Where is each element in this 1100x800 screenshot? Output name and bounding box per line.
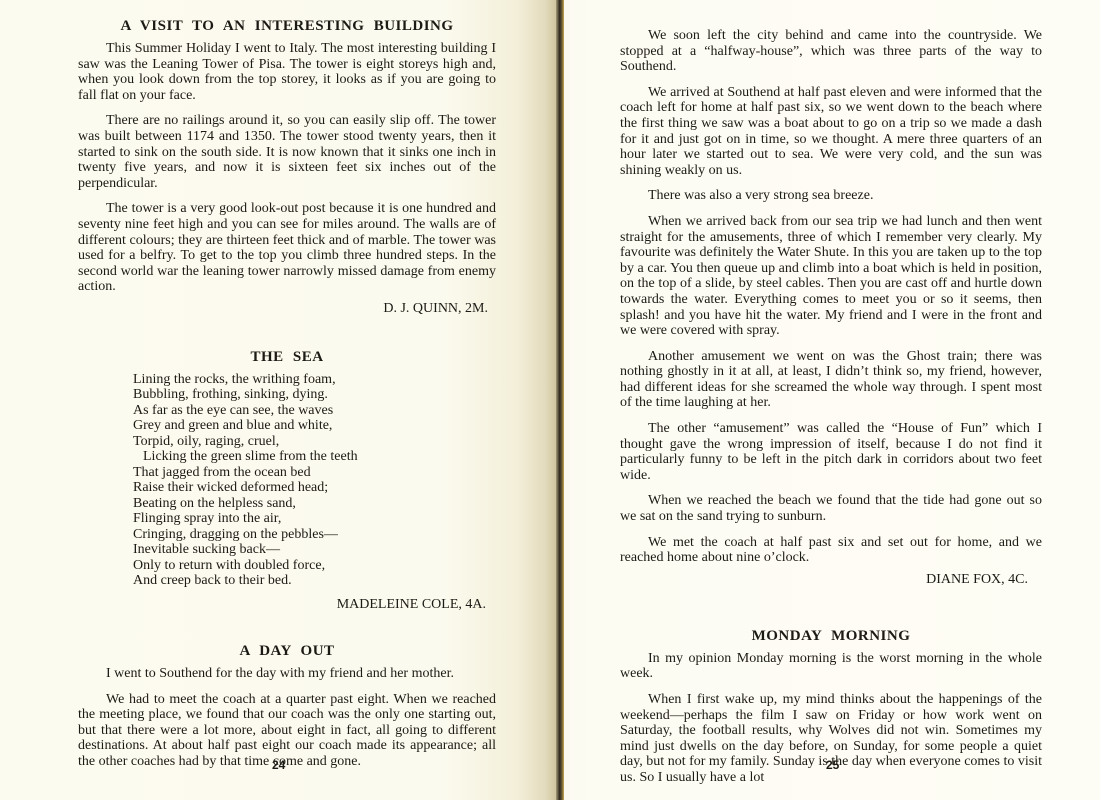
- paragraph: We had to meet the coach at a quarter pa…: [78, 692, 496, 770]
- poem-line: Lining the rocks, the writhing foam,: [133, 372, 496, 388]
- poem-line: Cringing, dragging on the pebbles—: [133, 527, 496, 543]
- paragraph: We met the coach at half past six and se…: [620, 535, 1042, 566]
- paragraph: Another amusement we went on was the Gho…: [620, 349, 1042, 411]
- poem-line: Licking the green slime from the teeth: [133, 449, 496, 465]
- poem-line: Raise their wicked deformed head;: [133, 480, 496, 496]
- right-page: We soon left the city behind and came in…: [564, 0, 1100, 800]
- article-a-day-out: A DAY OUT I went to Southend for the day…: [78, 643, 496, 770]
- poem-line: Grey and green and blue and white,: [133, 418, 496, 434]
- author-signature: DIANE FOX, 4C.: [620, 572, 1042, 588]
- left-page: A VISIT TO AN INTERESTING BUILDING This …: [0, 0, 556, 800]
- poem-line: Torpid, oily, raging, cruel,: [133, 434, 496, 450]
- paragraph: We soon left the city behind and came in…: [620, 28, 1042, 75]
- paragraph: In my opinion Monday morning is the wors…: [620, 651, 1042, 682]
- poem-line: And creep back to their bed.: [133, 573, 496, 589]
- article-title: MONDAY MORNING: [620, 628, 1042, 645]
- poem-title: THE SEA: [78, 349, 496, 366]
- poem-body: Lining the rocks, the writhing foam, Bub…: [133, 372, 496, 589]
- paragraph: We arrived at Southend at half past elev…: [620, 85, 1042, 179]
- paragraph: The tower is a very good look-out post b…: [78, 201, 496, 295]
- book-gutter: [556, 0, 564, 800]
- article-a-day-out-continued: We soon left the city behind and came in…: [620, 28, 1042, 588]
- author-signature: D. J. QUINN, 2M.: [78, 301, 496, 317]
- book-spread: A VISIT TO AN INTERESTING BUILDING This …: [0, 0, 1100, 800]
- poem-the-sea: THE SEA Lining the rocks, the writhing f…: [78, 349, 496, 613]
- poem-line: That jagged from the ocean bed: [133, 465, 496, 481]
- poem-line: Bubbling, frothing, sinking, dying.: [133, 387, 496, 403]
- paragraph: When we reached the beach we found that …: [620, 493, 1042, 524]
- paragraph: This Summer Holiday I went to Italy. The…: [78, 41, 496, 103]
- paragraph: There are no railings around it, so you …: [78, 113, 496, 191]
- page-number-left: 24: [272, 758, 285, 772]
- paragraph: There was also a very strong sea breeze.: [620, 188, 1042, 204]
- paragraph: The other “amusement” was called the “Ho…: [620, 421, 1042, 483]
- poem-line: Beating on the helpless sand,: [133, 496, 496, 512]
- article-title: A VISIT TO AN INTERESTING BUILDING: [78, 18, 496, 35]
- author-signature: MADELEINE COLE, 4A.: [78, 597, 496, 613]
- poem-line: Only to return with doubled force,: [133, 558, 496, 574]
- poem-line: As far as the eye can see, the waves: [133, 403, 496, 419]
- poem-line: Flinging spray into the air,: [133, 511, 496, 527]
- article-visit-interesting-building: A VISIT TO AN INTERESTING BUILDING This …: [78, 18, 496, 317]
- page-number-right: 25: [826, 758, 839, 772]
- article-title: A DAY OUT: [78, 643, 496, 660]
- paragraph: I went to Southend for the day with my f…: [78, 666, 496, 682]
- paragraph: When we arrived back from our sea trip w…: [620, 214, 1042, 339]
- poem-line: Inevitable sucking back—: [133, 542, 496, 558]
